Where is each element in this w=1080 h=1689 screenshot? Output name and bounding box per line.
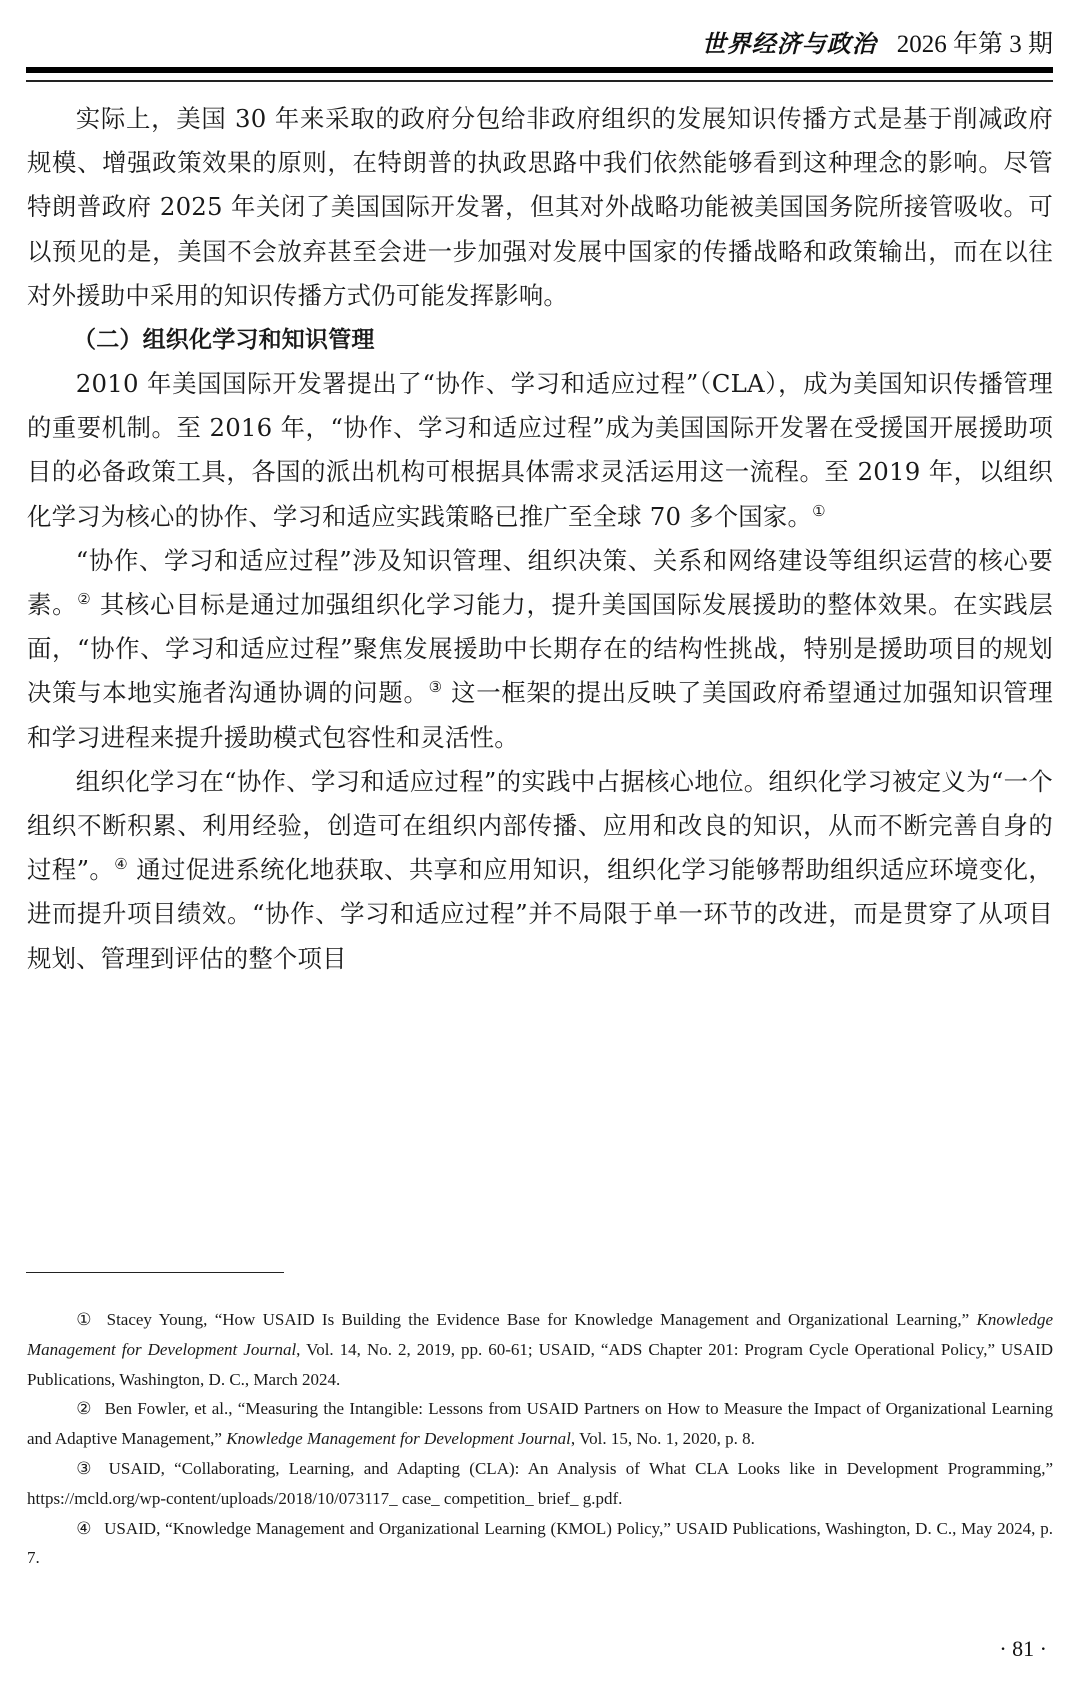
page-number: · 81 · (999, 1636, 1047, 1662)
footnote-ref-1[interactable]: ① (812, 502, 826, 520)
paragraph: 组织化学习在“协作、学习和适应过程”的实践中占据核心地位。组织化学习被定义为“一… (27, 760, 1053, 981)
issue-label: 2026 年第 3 期 (897, 24, 1053, 60)
footnote-text: , Vol. 15, No. 1, 2020, p. 8. (571, 1429, 755, 1448)
footnote-ref-2[interactable]: ② (77, 590, 91, 608)
footnote-ref-4[interactable]: ④ (114, 855, 128, 873)
footnotes: ①Stacey Young, “How USAID Is Building th… (27, 1305, 1053, 1573)
paragraph: “协作、学习和适应过程”涉及知识管理、组织决策、关系和网络建设等组织运营的核心要… (27, 539, 1053, 760)
header-title: 世界经济与政治 2026 年第 3 期 (702, 24, 1053, 60)
footnote-3: ③USAID, “Collaborating, Learning, and Ad… (27, 1454, 1053, 1514)
footnote-4: ④USAID, “Knowledge Management and Organi… (27, 1514, 1053, 1574)
journal-title: Knowledge Management for Development Jou… (226, 1429, 571, 1448)
section-heading: （二）组织化学习和知识管理 (27, 318, 1053, 362)
paragraph: 2010 年美国国际开发署提出了“协作、学习和适应过程”（CLA），成为美国知识… (27, 362, 1053, 539)
paragraph-text: 实际上，美国 30 年来采取的政府分包给非政府组织的发展知识传播方式是基于削减政… (27, 104, 1053, 310)
paragraph-text: 2010 年美国国际开发署提出了“协作、学习和适应过程”（CLA），成为美国知识… (27, 369, 1053, 531)
header-rule-thin (26, 80, 1053, 82)
footnote-text: Stacey Young, “How USAID Is Building the… (107, 1310, 977, 1329)
footnote-1: ①Stacey Young, “How USAID Is Building th… (27, 1305, 1053, 1394)
header-rule-thick (26, 67, 1053, 73)
footnote-ref-3[interactable]: ③ (429, 678, 443, 696)
footnote-marker: ③ (76, 1459, 96, 1478)
footnote-text: USAID, “Collaborating, Learning, and Ada… (27, 1459, 1053, 1508)
footnote-text: USAID, “Knowledge Management and Organiz… (27, 1519, 1053, 1568)
journal-name: 世界经济与政治 (702, 24, 877, 59)
running-header: 世界经济与政治 2026 年第 3 期 (26, 0, 1053, 90)
footnote-marker: ② (76, 1399, 92, 1418)
footnote-separator (26, 1272, 284, 1273)
footnote-marker: ① (76, 1310, 94, 1329)
footnote-marker: ④ (76, 1519, 92, 1538)
paragraph-text: 通过促进系统化地获取、共享和应用知识，组织化学习能够帮助组织适应环境变化，进而提… (27, 855, 1053, 972)
paragraph: 实际上，美国 30 年来采取的政府分包给非政府组织的发展知识传播方式是基于削减政… (27, 97, 1053, 318)
footnote-2: ②Ben Fowler, et al., “Measuring the Inta… (27, 1394, 1053, 1454)
article-body: 实际上，美国 30 年来采取的政府分包给非政府组织的发展知识传播方式是基于削减政… (27, 97, 1053, 981)
